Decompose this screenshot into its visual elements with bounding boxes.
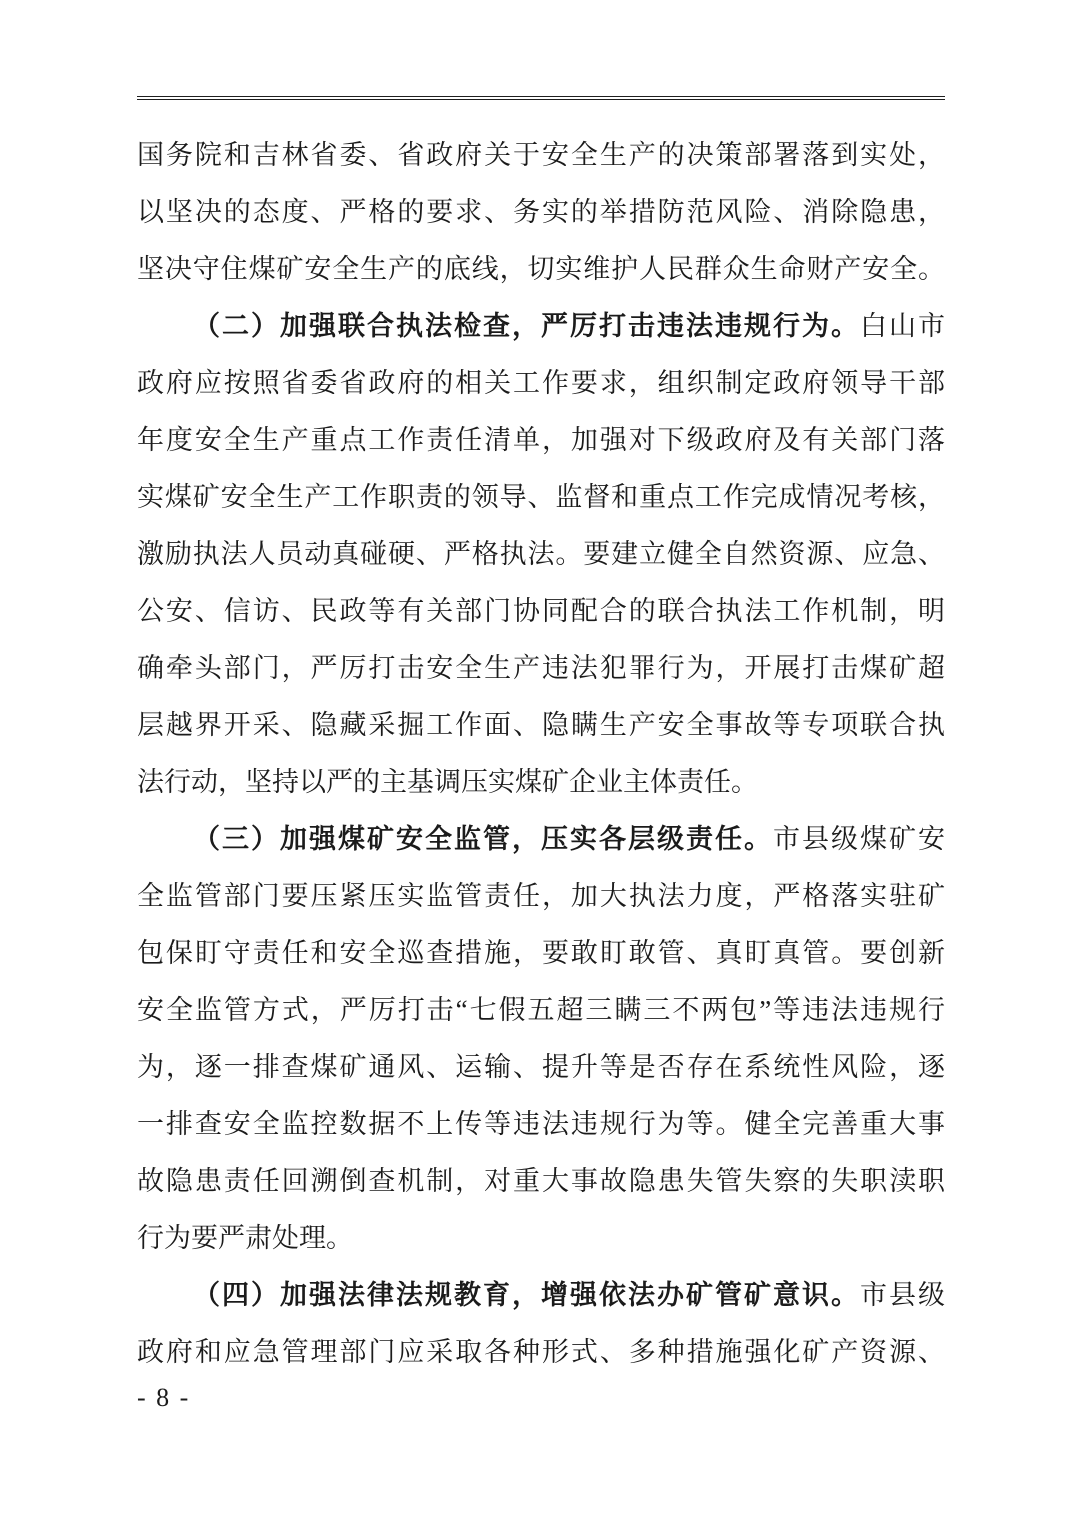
text-line: 安全监管方式，严厉打击“七假五超三瞒三不两包”等违法违规行	[137, 982, 945, 1039]
section-heading-text: （三）加强煤矿安全监管，压实各层级责任。	[193, 824, 773, 854]
body-text-segment: 政府应按照省委省政府的相关工作要求，组织制定政府领导干部	[137, 368, 945, 398]
body-text-segment: 确牵头部门，严厉打击安全生产违法犯罪行为，开展打击煤矿超	[137, 653, 945, 683]
body-text-segment: 市县级煤矿安	[773, 824, 945, 854]
text-line: 激励执法人员动真碰硬、严格执法。要建立健全自然资源、应急、	[137, 526, 945, 583]
text-line: （三）加强煤矿安全监管，压实各层级责任。市县级煤矿安	[137, 811, 945, 868]
body-text-segment: 包保盯守责任和安全巡查措施，要敢盯敢管、真盯真管。要创新	[137, 938, 945, 968]
text-line: 为，逐一排查煤矿通风、运输、提升等是否存在系统性风险，逐	[137, 1039, 945, 1096]
body-text-segment: 公安、信访、民政等有关部门协同配合的联合执法工作机制，明	[137, 596, 945, 626]
text-line: 公安、信访、民政等有关部门协同配合的联合执法工作机制，明	[137, 583, 945, 640]
body-text-segment: 激励执法人员动真碰硬、严格执法。要建立健全自然资源、应急、	[137, 539, 945, 569]
section-heading-text: （四）加强法律法规教育，增强依法办矿管矿意识。	[193, 1280, 860, 1310]
text-line: 行为要严肃处理。	[137, 1210, 945, 1267]
text-line: 层越界开采、隐藏采掘工作面、隐瞒生产安全事故等专项联合执	[137, 697, 945, 754]
text-line: 全监管部门要压紧压实监管责任，加大执法力度，严格落实驻矿	[137, 868, 945, 925]
text-line: 坚决守住煤矿安全生产的底线，切实维护人民群众生命财产安全。	[137, 241, 945, 298]
body-text-segment: 安全监管方式，严厉打击“七假五超三瞒三不两包”等违法违规行	[137, 995, 945, 1025]
text-line: 法行动，坚持以严的主基调压实煤矿企业主体责任。	[137, 754, 945, 811]
body-text-segment: 故隐患责任回溯倒查机制，对重大事故隐患失管失察的失职渎职	[137, 1166, 945, 1196]
body-text-segment: 国务院和吉林省委、省政府关于安全生产的决策部署落到实处，	[137, 140, 945, 170]
body-text-segment: 行为要严肃处理。	[137, 1223, 353, 1253]
body-text-segment: 一排查安全监控数据不上传等违法违规行为等。健全完善重大事	[137, 1109, 945, 1139]
text-line: （四）加强法律法规教育，增强依法办矿管矿意识。市县级	[137, 1267, 945, 1324]
body-text-segment: 全监管部门要压紧压实监管责任，加大执法力度，严格落实驻矿	[137, 881, 945, 911]
body-text-segment: 政府和应急管理部门应采取各种形式、多种措施强化矿产资源、	[137, 1337, 945, 1367]
text-line: 政府应按照省委省政府的相关工作要求，组织制定政府领导干部	[137, 355, 945, 412]
text-line: 故隐患责任回溯倒查机制，对重大事故隐患失管失察的失职渎职	[137, 1153, 945, 1210]
body-text-segment: 市县级	[860, 1280, 945, 1310]
text-line: 年度安全生产重点工作责任清单，加强对下级政府及有关部门落	[137, 412, 945, 469]
text-line: 以坚决的态度、严格的要求、务实的举措防范风险、消除隐患，	[137, 184, 945, 241]
document-body: 国务院和吉林省委、省政府关于安全生产的决策部署落到实处，以坚决的态度、严格的要求…	[137, 127, 945, 1381]
text-line: 包保盯守责任和安全巡查措施，要敢盯敢管、真盯真管。要创新	[137, 925, 945, 982]
body-text-segment: 法行动，坚持以严的主基调压实煤矿企业主体责任。	[137, 767, 758, 797]
body-text-segment: 层越界开采、隐藏采掘工作面、隐瞒生产安全事故等专项联合执	[137, 710, 945, 740]
header-rule	[137, 96, 945, 100]
text-line: 政府和应急管理部门应采取各种形式、多种措施强化矿产资源、	[137, 1324, 945, 1381]
body-text-segment: 实煤矿安全生产工作职责的领导、监督和重点工作完成情况考核，	[137, 482, 945, 512]
page-number: - 8 -	[137, 1378, 190, 1418]
body-text-segment: 坚决守住煤矿安全生产的底线，切实维护人民群众生命财产安全。	[137, 254, 945, 284]
body-text-segment: 白山市	[860, 311, 945, 341]
document-page: 国务院和吉林省委、省政府关于安全生产的决策部署落到实处，以坚决的态度、严格的要求…	[0, 0, 1080, 1527]
text-line: 实煤矿安全生产工作职责的领导、监督和重点工作完成情况考核，	[137, 469, 945, 526]
text-line: 确牵头部门，严厉打击安全生产违法犯罪行为，开展打击煤矿超	[137, 640, 945, 697]
section-heading-text: （二）加强联合执法检查，严厉打击违法违规行为。	[193, 311, 860, 341]
body-text-segment: 以坚决的态度、严格的要求、务实的举措防范风险、消除隐患，	[137, 197, 945, 227]
text-line: （二）加强联合执法检查，严厉打击违法违规行为。白山市	[137, 298, 945, 355]
body-text-segment: 为，逐一排查煤矿通风、运输、提升等是否存在系统性风险，逐	[137, 1052, 945, 1082]
body-text-segment: 年度安全生产重点工作责任清单，加强对下级政府及有关部门落	[137, 425, 945, 455]
text-line: 国务院和吉林省委、省政府关于安全生产的决策部署落到实处，	[137, 127, 945, 184]
text-line: 一排查安全监控数据不上传等违法违规行为等。健全完善重大事	[137, 1096, 945, 1153]
